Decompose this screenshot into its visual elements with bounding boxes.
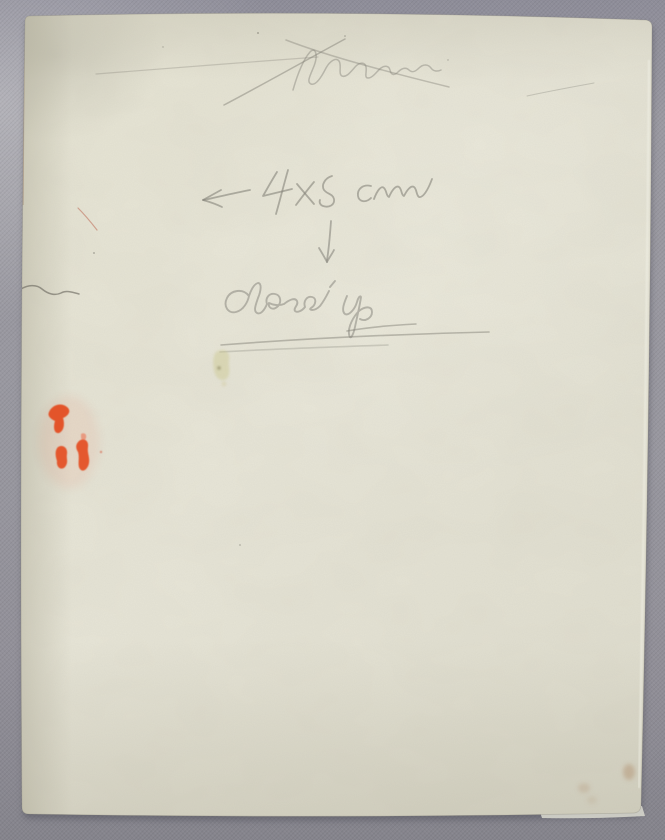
print-verso-photo: Back of a photographic print on a gray f… bbox=[0, 0, 665, 840]
paper-shading bbox=[0, 0, 665, 840]
photo-backdrop: Back of a photographic print on a gray f… bbox=[0, 0, 665, 840]
